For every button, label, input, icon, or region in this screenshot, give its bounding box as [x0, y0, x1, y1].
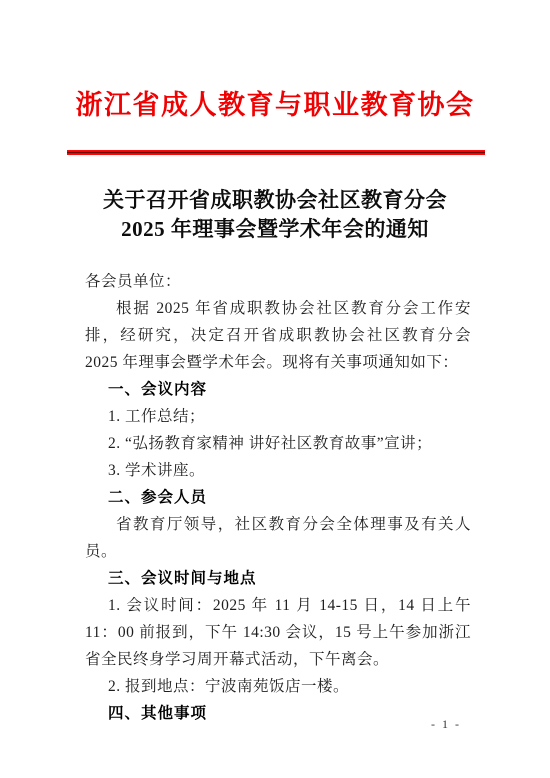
salutation: 各会员单位：: [85, 268, 471, 295]
section-3-heading: 三、会议时间与地点: [85, 565, 471, 592]
notice-title: 关于召开省成职教协会社区教育分会 2025 年理事会暨学术年会的通知: [0, 186, 550, 244]
section-1-item-2: 2. “弘扬教育家精神 讲好社区教育故事”宣讲；: [85, 430, 471, 457]
section-2-heading: 二、参会人员: [85, 484, 471, 511]
section-1-heading: 一、会议内容: [85, 376, 471, 403]
section-1-item-3: 3. 学术讲座。: [85, 457, 471, 484]
letterhead-divider-rule: [67, 150, 485, 155]
notice-body: 各会员单位： 根据 2025 年省成职教协会社区教育分会工作安排，经研究，决定召…: [85, 268, 471, 727]
notice-title-line-1: 关于召开省成职教协会社区教育分会: [0, 186, 550, 215]
section-1-item-1: 1. 工作总结；: [85, 403, 471, 430]
notice-document-page: 浙江省成人教育与职业教育协会 关于召开省成职教协会社区教育分会 2025 年理事…: [0, 0, 550, 778]
letterhead-org-name: 浙江省成人教育与职业教育协会: [0, 83, 550, 122]
section-2-paragraph: 省教育厅领导，社区教育分会全体理事及有关人员。: [85, 511, 471, 565]
section-3-item-1: 1. 会议时间：2025 年 11 月 14-15 日，14 日上午 11：00…: [85, 592, 471, 673]
intro-paragraph: 根据 2025 年省成职教协会社区教育分会工作安排，经研究，决定召开省成职教协会…: [85, 295, 471, 376]
section-4-heading: 四、其他事项: [85, 700, 471, 727]
page-number: - 1 -: [424, 717, 468, 732]
section-3-item-2: 2. 报到地点：宁波南苑饭店一楼。: [85, 673, 471, 700]
notice-title-line-2: 2025 年理事会暨学术年会的通知: [0, 215, 550, 244]
